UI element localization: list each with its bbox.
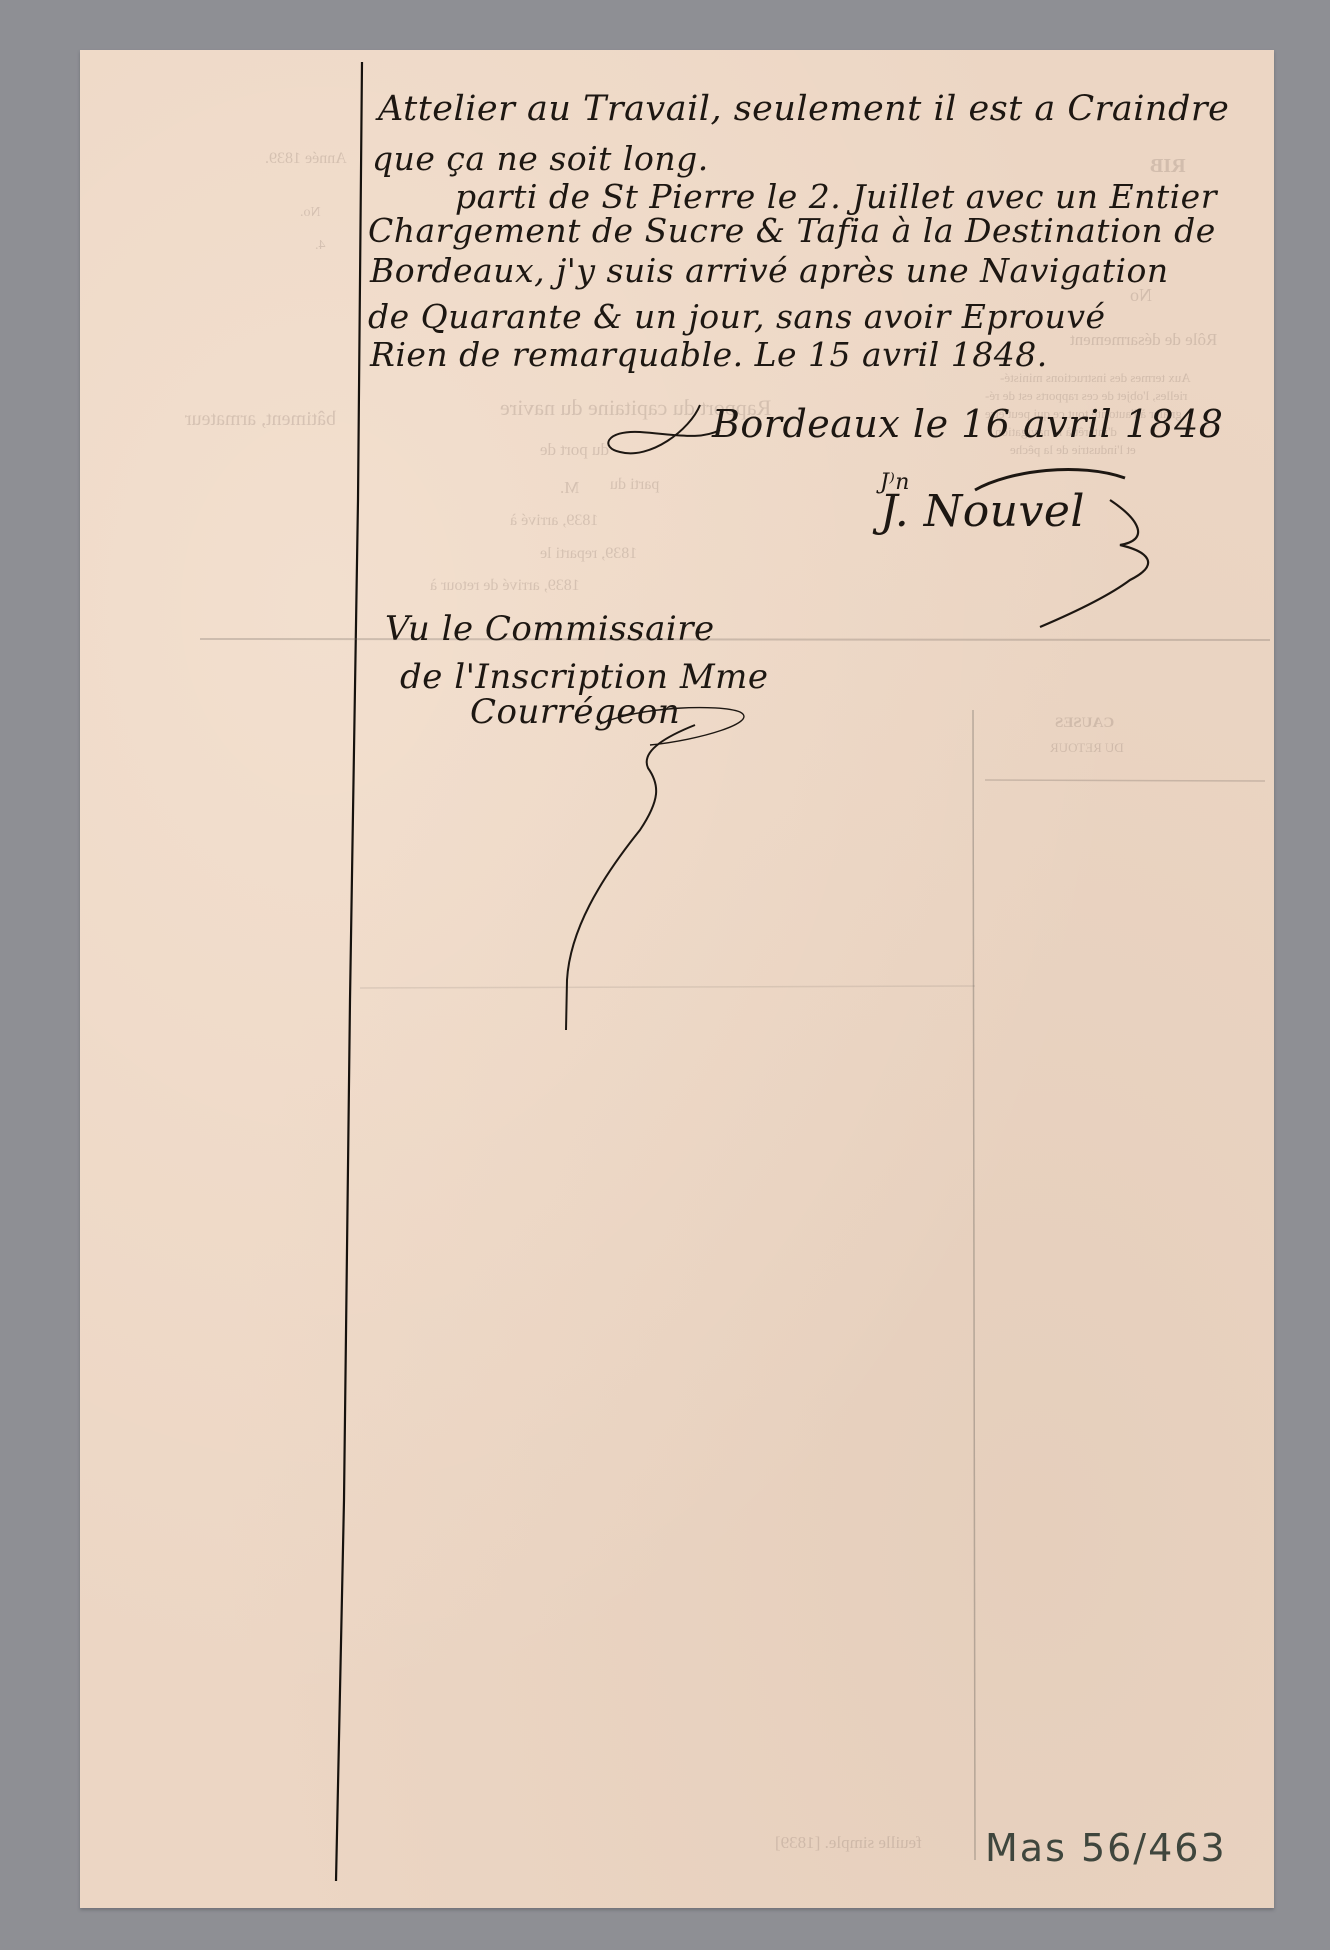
body-line-4: Chargement de Sucre & Tafia à la Destina… <box>368 214 1216 247</box>
ghost-parti: parti du <box>610 476 659 494</box>
commissaire-signature: Courrégeon <box>470 695 680 729</box>
ghost-causes: CAUSES <box>1055 715 1114 732</box>
ghost-year: Année 1839. <box>265 150 347 168</box>
margin-rule <box>336 62 362 1881</box>
place-date: Bordeaux le 16 avril 1848 <box>712 405 1223 443</box>
printed-rule-mid <box>360 986 975 988</box>
column-rule <box>973 710 975 1860</box>
ghost-reparti: 1839, reparti le <box>540 545 637 563</box>
body-line-7: Rien de remarquable. Le 15 avril 1848. <box>370 338 1048 371</box>
body-line-2: que ça ne soit long. <box>372 142 709 175</box>
ghost-du-retour: DU RETOUR <box>1050 740 1124 756</box>
ghost-num: 4. <box>315 238 326 254</box>
ghost-rib: RIB <box>1150 155 1186 178</box>
catalogue-mark: Mas 56/463 <box>985 1826 1227 1870</box>
ghost-m: M. <box>560 478 579 498</box>
ghost-footer: feuille simple. [1839] <box>775 1833 922 1853</box>
body-line-6: de Quarante & un jour, sans avoir Eprouv… <box>368 300 1106 333</box>
printed-rule-right <box>985 780 1265 781</box>
ghost-batiment: bâtiment, armateur <box>185 408 336 431</box>
ghost-port: du port de <box>540 440 609 460</box>
ghost-retour: 1839, arrivé de retour à <box>430 577 580 595</box>
ghost-arrive: 1839, arrivé à <box>510 512 598 530</box>
ghost-no: No. <box>300 205 321 221</box>
endorsement-line-1: Vu le Commissaire <box>385 612 715 646</box>
body-line-3: parti de St Pierre le 2. Juillet avec un… <box>455 180 1217 213</box>
endorsement-line-2: de l'Inscription Mme <box>400 660 769 694</box>
body-line-1: Attelier au Travail, seulement il est a … <box>378 92 1229 127</box>
captain-signature: J. Nouvel <box>880 490 1085 534</box>
printed-rule <box>200 639 1270 640</box>
body-line-5: Bordeaux, j'y suis arrivé après une Navi… <box>370 254 1169 287</box>
commissaire-flourish <box>566 725 695 1030</box>
